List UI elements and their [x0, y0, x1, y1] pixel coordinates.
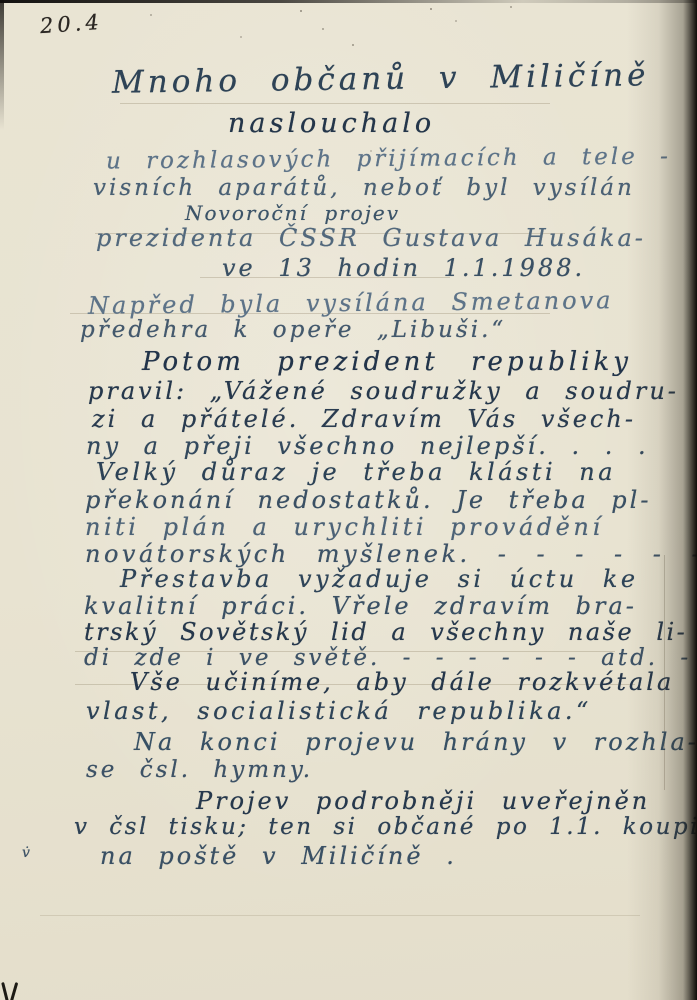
margin-check-mark: v̇: [22, 846, 30, 860]
handwritten-line: naslouchalo: [228, 110, 435, 137]
page-edge-shadow-left: [0, 0, 4, 130]
handwritten-line: trský Sovětský lid a všechny naše li-: [84, 620, 687, 644]
ink-blot-mark: [2, 982, 18, 1000]
handwritten-line: ve 13 hodin 1.1.1988.: [222, 256, 585, 280]
handwritten-line: novátorských myšlenek. - - - - - -: [85, 542, 697, 566]
handwritten-line: Novoroční projev: [185, 203, 400, 223]
handwritten-line: Na konci projevu hrány v rozhla-: [134, 730, 697, 754]
pencil-rule-line: [120, 103, 550, 104]
page-number: 20.4: [39, 12, 103, 37]
handwritten-line: prezidenta ČSSR Gustava Husáka-: [96, 226, 646, 250]
handwritten-line: Napřed byla vysílána Smetanova: [88, 288, 614, 318]
handwritten-line: di zde i ve světě. - - - - - - atd. - - …: [84, 647, 697, 670]
handwritten-line: Potom prezident republiky: [142, 349, 632, 375]
handwritten-line: v čsl tisku; ten si občané po 1.1. koupi…: [74, 816, 697, 839]
handwritten-line: Vše učiníme, aby dále rozkvétala: [130, 670, 674, 694]
chronicle-photo-page: { "page": { "number": "20.4", "margin_ma…: [0, 0, 697, 1000]
handwritten-line: předehra k opeře „Libuši.“: [80, 319, 506, 342]
handwritten-line: visních aparátů, neboť byl vysílán: [93, 177, 635, 200]
handwritten-line: niti plán a urychliti provádění: [85, 515, 604, 539]
page-edge-shadow-top: [0, 0, 697, 3]
handwritten-line: kvalitní práci. Vřele zdravím bra-: [84, 594, 637, 618]
handwritten-line: překonání nedostatků. Je třeba pl-: [85, 488, 651, 512]
handwritten-line: zi a přátelé. Zdravím Vás všech-: [92, 407, 636, 431]
handwritten-line: u rozhlasových přijímacích a tele -: [106, 146, 671, 174]
handwritten-line: Přestavba vyžaduje si úctu ke: [120, 567, 639, 591]
handwritten-line: ny a přeji všechno nejlepší. . . .: [86, 434, 649, 458]
page-edge-shadow-right: [627, 0, 697, 1000]
handwritten-line-title: Mnoho občanů v Miličíně: [112, 60, 650, 99]
handwritten-line: Projev podrobněji uveřejněn: [196, 789, 650, 813]
handwritten-line: pravil: „Vážené soudružky a soudru-: [88, 379, 679, 403]
handwritten-line: se čsl. hymny.: [86, 759, 313, 782]
handwritten-line: na poště v Miličíně .: [100, 844, 457, 868]
pencil-rule-line: [40, 915, 640, 916]
handwritten-line: Velký důraz je třeba klásti na: [96, 460, 616, 484]
handwritten-line: vlast, socialistická republika.“: [86, 699, 592, 723]
